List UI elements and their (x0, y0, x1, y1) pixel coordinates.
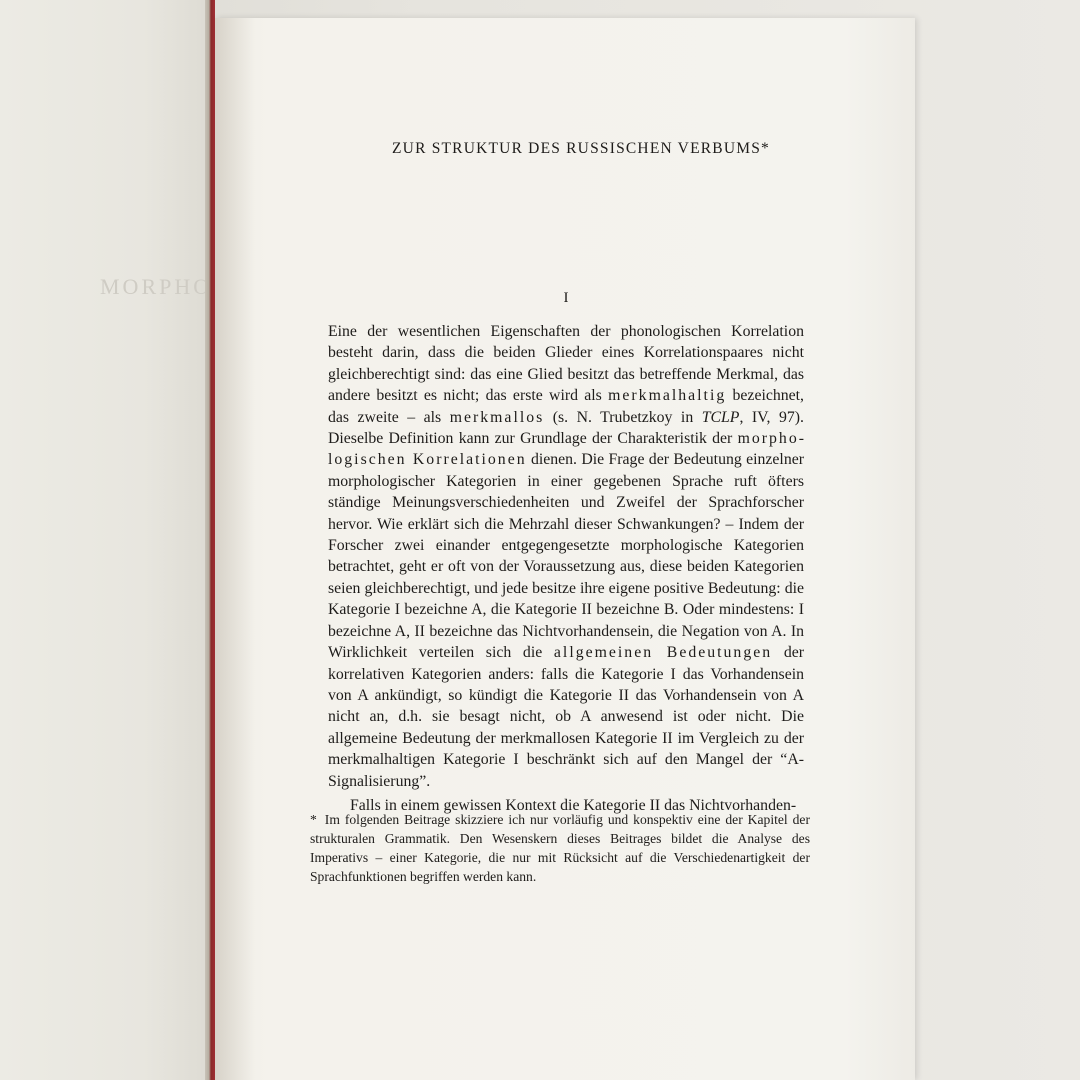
text-run: der korrelativen Kategorien anders: fall… (328, 644, 804, 789)
footnote-marker: * (310, 812, 317, 827)
book-spine-edge (205, 0, 215, 1080)
gutter-shadow (215, 18, 255, 1080)
text-run: dienen. Die Frage der Bedeutung einzelne… (328, 451, 804, 661)
body-text: Eine der wesentlichen Eigenschaften der … (328, 321, 804, 816)
emphasized-term: allgemeinen Bedeutungen (554, 644, 772, 661)
section-number: I (328, 290, 804, 307)
footnote: *Im folgenden Beitrage skizziere ich nur… (310, 810, 810, 886)
left-page: MORPHOLO (0, 0, 205, 1080)
emphasized-term: merkmallos (450, 409, 545, 426)
text-run: (s. N. Trubetzkoy in (544, 409, 701, 426)
footnote-text: Im folgenden Beitrage skizziere ich nur … (310, 812, 810, 884)
emphasized-term: merkmalhaltig (608, 387, 726, 404)
left-page-bleed-through-text: MORPHOLO (100, 274, 205, 300)
article-body: ZUR STRUKTUR DES RUSSISCHEN VERBUMS* I E… (328, 140, 804, 816)
article-title: ZUR STRUKTUR DES RUSSISCHEN VERBUMS* (328, 140, 804, 158)
citation: TCLP (702, 409, 740, 426)
paragraph-1: Eine der wesentlichen Eigenschaften der … (328, 321, 804, 792)
